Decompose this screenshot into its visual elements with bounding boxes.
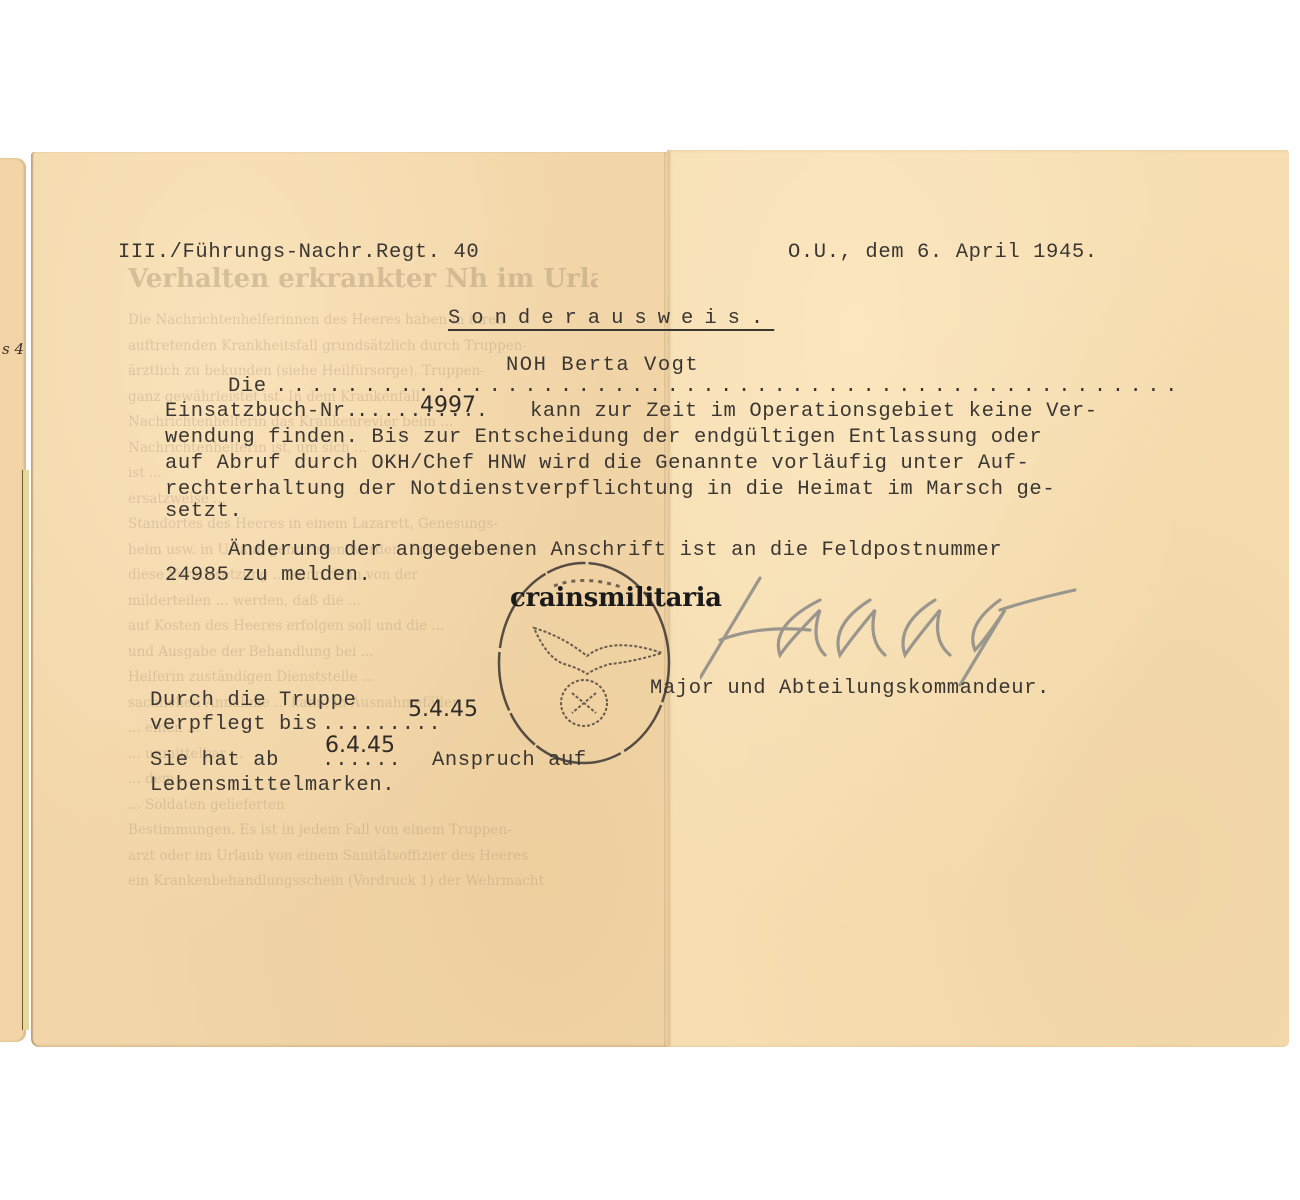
signatory-title: Major und Abteilungskommandeur. — [650, 677, 1050, 700]
binding-stripe — [22, 470, 29, 1030]
body-line-3: auf Abruf durch OKH/Chef HNW wird die Ge… — [165, 452, 1029, 475]
einsatzbuch-number: 4997 — [420, 393, 476, 418]
document-title: Sonderausweis. — [448, 307, 774, 330]
address-change-line-2: 24985 zu melden. — [165, 564, 371, 587]
watermark: crainsmilitaria — [510, 583, 722, 613]
holder-name: NOH Berta Vogt — [506, 354, 699, 377]
body-line-5: setzt. — [165, 500, 242, 523]
unit-designation: III./Führungs-Nachr.Regt. 40 — [118, 241, 479, 264]
bleed-through-heading: Verhalten erkrankter Nh im Urlaub — [128, 262, 598, 296]
rations-line-3-suffix: Anspruch auf — [432, 749, 587, 772]
bleed-line: arzt oder im Urlaub von einem Sanitätsof… — [128, 844, 598, 870]
rations-line-2: verpflegt bis — [150, 713, 318, 736]
name-line-prefix: Die — [228, 375, 267, 398]
rations-line-3-dots: ...... — [322, 749, 402, 772]
name-line-dots: ........................................… — [275, 375, 1183, 398]
rations-line-3-prefix: Sie hat ab — [150, 749, 279, 772]
bleed-line: ein Krankenbehandlungsschein (Vordruck 1… — [128, 869, 598, 895]
einsatzbuch-label: Einsatzbuch-Nr. — [165, 400, 359, 423]
bleed-line: Bestimmungen. Es ist in jedem Fall von e… — [128, 818, 598, 844]
body-line-1: kann zur Zeit im Operationsgebiet keine … — [530, 400, 1098, 423]
body-line-2: wendung finden. Bis zur Entscheidung der… — [165, 426, 1042, 449]
margin-handwritten-note: s 4 — [2, 340, 24, 358]
rations-line-1: Durch die Truppe — [150, 689, 356, 712]
place-date: O.U., dem 6. April 1945. — [788, 241, 1098, 264]
handwritten-signature — [700, 570, 1100, 690]
eagle-swastika-icon — [534, 628, 662, 726]
rations-line-4: Lebensmittelmarken. — [150, 774, 395, 797]
document-scan: s 4 Verhalten erkrankter Nh im Urlaub Di… — [0, 0, 1300, 1200]
body-line-4: rechterhaltung der Notdienstverpflichtun… — [165, 478, 1055, 501]
